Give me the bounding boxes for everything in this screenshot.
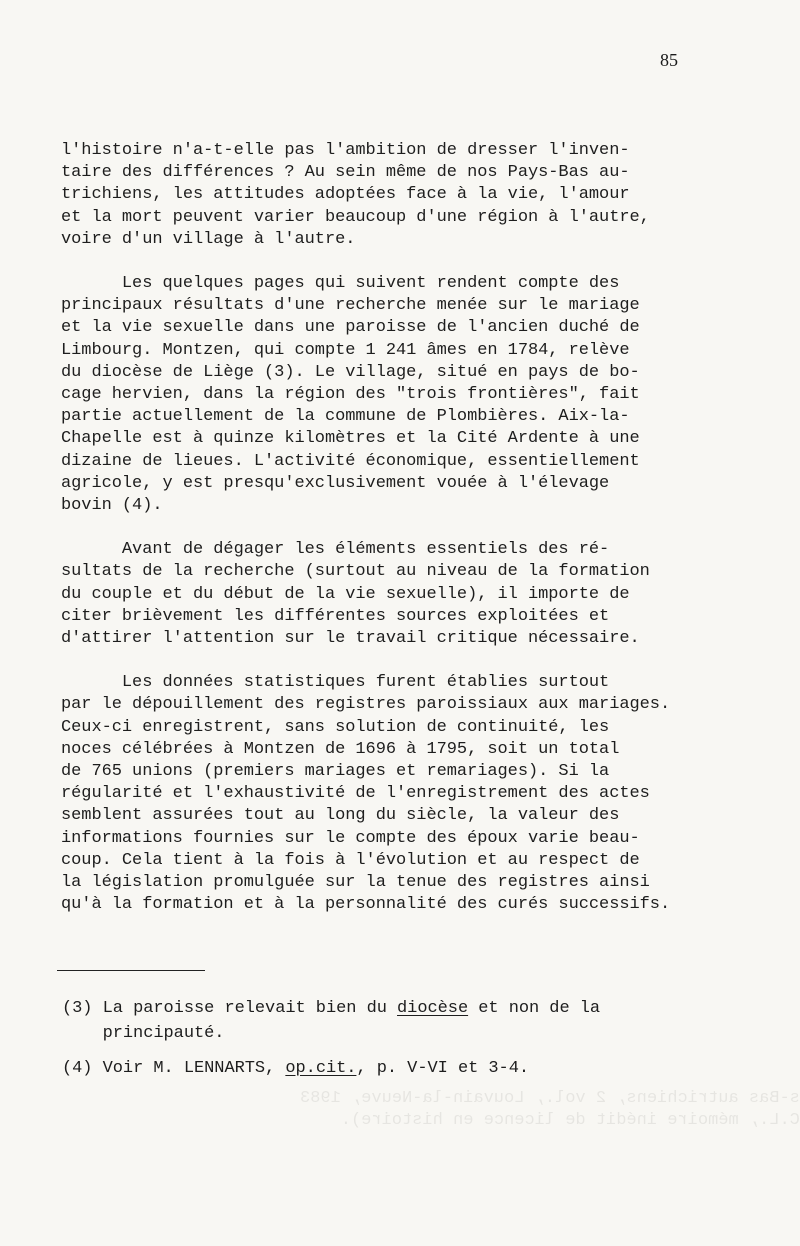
text-line: citer brièvement les différentes sources… xyxy=(61,606,800,628)
footnote-separator xyxy=(57,970,205,971)
page-number: 85 xyxy=(660,50,678,71)
paragraph-montzen: Les quelques pages qui suivent rendent c… xyxy=(61,273,800,517)
footnote-text: , p. V-VI et 3-4. xyxy=(356,1059,529,1078)
footnote-line: (3) La paroisse relevait bien du diocèse… xyxy=(62,996,800,1021)
text-line: Chapelle est à quinze kilomètres et la C… xyxy=(61,428,800,450)
paragraph-intro: l'histoire n'a-t-elle pas l'ambition de … xyxy=(61,140,800,251)
text-line: et la mort peuvent varier beaucoup d'une… xyxy=(61,207,800,229)
body-text: l'histoire n'a-t-elle pas l'ambition de … xyxy=(61,140,800,939)
footnote-text: La paroisse relevait bien du xyxy=(92,999,397,1018)
text-line: d'attirer l'attention sur le travail cri… xyxy=(61,628,800,650)
footnote-4: (4) Voir M. LENNARTS, op.cit., p. V-VI e… xyxy=(62,1056,800,1081)
text-line: trichiens, les attitudes adoptées face à… xyxy=(61,184,800,206)
underlined-term: diocèse xyxy=(397,999,468,1018)
text-line: noces célébrées à Montzen de 1696 à 1795… xyxy=(61,739,800,761)
text-line: et la vie sexuelle dans une paroisse de … xyxy=(61,317,800,339)
footnote-3: (3) La paroisse relevait bien du diocèse… xyxy=(62,996,800,1046)
text-line: partie actuellement de la commune de Plo… xyxy=(61,406,800,428)
text-line: informations fournies sur le compte des … xyxy=(61,828,800,850)
text-line: dizaine de lieues. L'activité économique… xyxy=(61,451,800,473)
footnote-text: et non de la xyxy=(468,999,600,1018)
text-line: semblent assurées tout au long du siècle… xyxy=(61,805,800,827)
underlined-term: op.cit. xyxy=(285,1059,356,1078)
footnote-line: principauté. xyxy=(62,1021,800,1046)
text-line: sultats de la recherche (surtout au nive… xyxy=(61,561,800,583)
footnote-marker: (4) xyxy=(62,1059,92,1078)
text-line: taire des différences ? Au sein même de … xyxy=(61,162,800,184)
text-line: Ceux-ci enregistrent, sans solution de c… xyxy=(61,717,800,739)
text-line: bovin (4). xyxy=(61,495,800,517)
text-line: du couple et du début de la vie sexuelle… xyxy=(61,584,800,606)
text-line: agricole, y est presqu'exclusivement vou… xyxy=(61,473,800,495)
text-line: qu'à la formation et à la personnalité d… xyxy=(61,894,800,916)
text-line: la législation promulguée sur la tenue d… xyxy=(61,872,800,894)
text-line: coup. Cela tient à la fois à l'évolution… xyxy=(61,850,800,872)
text-line: cage hervien, dans la région des "trois … xyxy=(61,384,800,406)
footnote-marker: (3) xyxy=(62,999,92,1018)
text-line: Limbourg. Montzen, qui compte 1 241 âmes… xyxy=(61,340,800,362)
paragraph-statistics: Les données statistiques furent établies… xyxy=(61,672,800,916)
bleed-through-text: Pays-Bas autrichiens, 2 vol., Louvain-la… xyxy=(300,1088,800,1132)
text-line: l'histoire n'a-t-elle pas l'ambition de … xyxy=(61,140,800,162)
text-line: de 765 unions (premiers mariages et rema… xyxy=(61,761,800,783)
text-line: voire d'un village à l'autre. xyxy=(61,229,800,251)
text-line: par le dépouillement des registres paroi… xyxy=(61,694,800,716)
footnotes: (3) La paroisse relevait bien du diocèse… xyxy=(62,996,800,1091)
text-line: Les quelques pages qui suivent rendent c… xyxy=(61,273,800,295)
text-line: Les données statistiques furent établies… xyxy=(61,672,800,694)
paragraph-sources: Avant de dégager les éléments essentiels… xyxy=(61,539,800,650)
footnote-text: Voir M. LENNARTS, xyxy=(92,1059,285,1078)
text-line: principaux résultats d'une recherche men… xyxy=(61,295,800,317)
text-line: du diocèse de Liège (3). Le village, sit… xyxy=(61,362,800,384)
footnote-line: (4) Voir M. LENNARTS, op.cit., p. V-VI e… xyxy=(62,1056,800,1081)
text-line: Avant de dégager les éléments essentiels… xyxy=(61,539,800,561)
text-line: régularité et l'exhaustivité de l'enregi… xyxy=(61,783,800,805)
